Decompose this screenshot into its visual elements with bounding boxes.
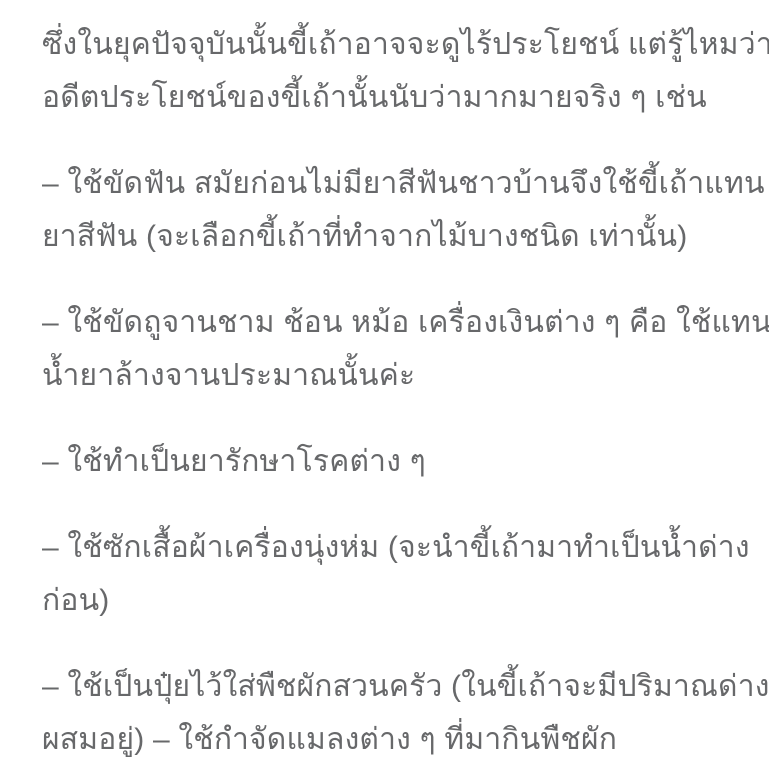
text-line: ผสมอยู่) – ใช้กำจัดแมลงต่าง ๆ ที่มากินพื… — [42, 713, 741, 766]
paragraph: ซึ่งในยุคปัจจุบันนั้นขี้เถ้าอาจจะดูไร้ปร… — [42, 18, 741, 124]
text-line: อดีตประโยชน์ของขี้เถ้านั้นนับว่ามากมายจร… — [42, 71, 741, 124]
paragraph: – ใช้ทำเป็นยารักษาโรคต่าง ๆ — [42, 435, 741, 488]
text-line: – ใช้ซักเสื้อผ้าเครื่องนุ่งห่ม (จะนำขี้เ… — [42, 521, 741, 574]
article-text: ซึ่งในยุคปัจจุบันนั้นขี้เถ้าอาจจะดูไร้ปร… — [0, 0, 769, 769]
paragraph: – ใช้เป็นปุ๋ยไว้ใส่พืชผักสวนครัว (ในขี้เ… — [42, 660, 741, 766]
text-line: – ใช้เป็นปุ๋ยไว้ใส่พืชผักสวนครัว (ในขี้เ… — [42, 660, 741, 713]
text-line: น้ำยาล้างจานประมาณนั้นค่ะ — [42, 349, 741, 402]
text-line: ก่อน) — [42, 574, 741, 627]
text-line: ซึ่งในยุคปัจจุบันนั้นขี้เถ้าอาจจะดูไร้ปร… — [42, 18, 741, 71]
text-line: – ใช้ขัดฟัน สมัยก่อนไม่มียาสีฟันชาวบ้านจ… — [42, 157, 741, 210]
paragraph: – ใช้ขัดฟัน สมัยก่อนไม่มียาสีฟันชาวบ้านจ… — [42, 157, 741, 263]
paragraph: – ใช้ขัดถูจานชาม ช้อน หม้อ เครื่องเงินต่… — [42, 296, 741, 402]
text-line: – ใช้ทำเป็นยารักษาโรคต่าง ๆ — [42, 435, 741, 488]
paragraph: – ใช้ซักเสื้อผ้าเครื่องนุ่งห่ม (จะนำขี้เ… — [42, 521, 741, 627]
text-line: – ใช้ขัดถูจานชาม ช้อน หม้อ เครื่องเงินต่… — [42, 296, 741, 349]
text-line: ยาสีฟัน (จะเลือกขี้เถ้าที่ทำจากไม้บางชนิ… — [42, 210, 741, 263]
